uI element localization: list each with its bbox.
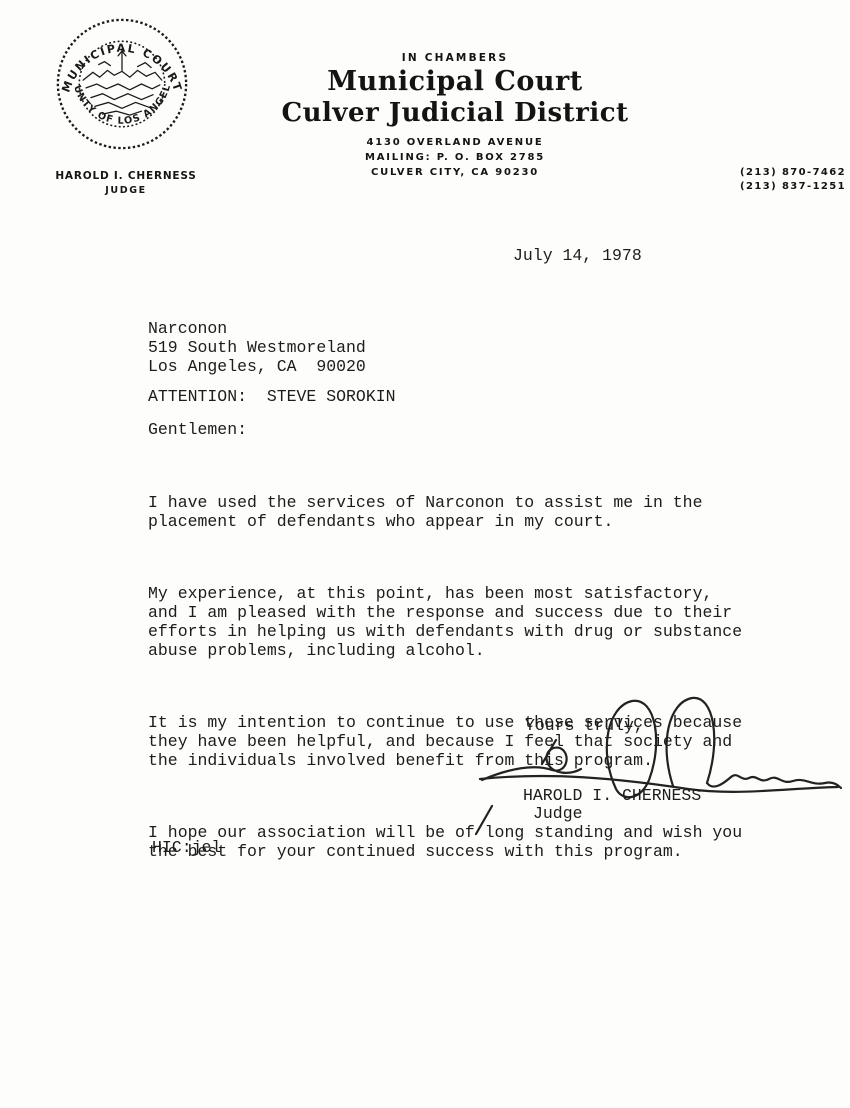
letterhead-phone-2: (213) 837-1251 bbox=[740, 180, 846, 194]
letterhead-city-state-zip: CULVER CITY, CA 90230 bbox=[240, 165, 670, 180]
letterhead-street-address: 4130 OVERLAND AVENUE bbox=[240, 135, 670, 150]
letterhead-phones: (213) 870-7462 (213) 837-1251 bbox=[740, 166, 846, 194]
closing-phrase: Yours truly, bbox=[525, 716, 644, 735]
letterhead-judge-block: HAROLD I. CHERNESS JUDGE bbox=[36, 170, 216, 196]
letterhead-district-name: Culver Judicial District bbox=[240, 98, 670, 128]
typist-reference: HIC:jel bbox=[152, 838, 221, 857]
body-paragraph-1: I have used the services of Narconon to … bbox=[148, 493, 820, 531]
signer-title: Judge bbox=[533, 804, 583, 823]
letterhead-court-name: Municipal Court bbox=[240, 66, 670, 97]
letterhead-in-chambers: IN CHAMBERS bbox=[240, 52, 670, 64]
letter-page: MUNICIPAL COURT COUNTY OF LOS ANGELES HA… bbox=[0, 0, 850, 1108]
letterhead-center: IN CHAMBERS Municipal Court Culver Judic… bbox=[240, 52, 670, 180]
court-seal-graphic: MUNICIPAL COURT COUNTY OF LOS ANGELES bbox=[54, 14, 190, 154]
body-paragraph-3: It is my intention to continue to use th… bbox=[148, 713, 820, 770]
attention-line: ATTENTION: STEVE SOROKIN bbox=[148, 387, 396, 406]
recipient-address: Narconon 519 South Westmoreland Los Ange… bbox=[148, 319, 366, 376]
body-paragraph-2: My experience, at this point, has been m… bbox=[148, 584, 820, 660]
court-seal: MUNICIPAL COURT COUNTY OF LOS ANGELES bbox=[54, 14, 190, 154]
signer-typed-name: HAROLD I. CHERNESS bbox=[523, 786, 701, 805]
body-paragraph-4: I hope our association will be of long s… bbox=[148, 823, 820, 861]
letterhead-phone-1: (213) 870-7462 bbox=[740, 166, 846, 180]
letterhead-mailing-address: MAILING: P. O. BOX 2785 bbox=[240, 150, 670, 165]
letter-body: I have used the services of Narconon to … bbox=[148, 455, 820, 914]
letterhead-judge-title: JUDGE bbox=[36, 185, 216, 196]
letter-date: July 14, 1978 bbox=[513, 246, 642, 265]
letterhead-address-block: 4130 OVERLAND AVENUE MAILING: P. O. BOX … bbox=[240, 135, 670, 180]
salutation: Gentlemen: bbox=[148, 420, 247, 439]
letterhead-judge-name: HAROLD I. CHERNESS bbox=[36, 170, 216, 182]
